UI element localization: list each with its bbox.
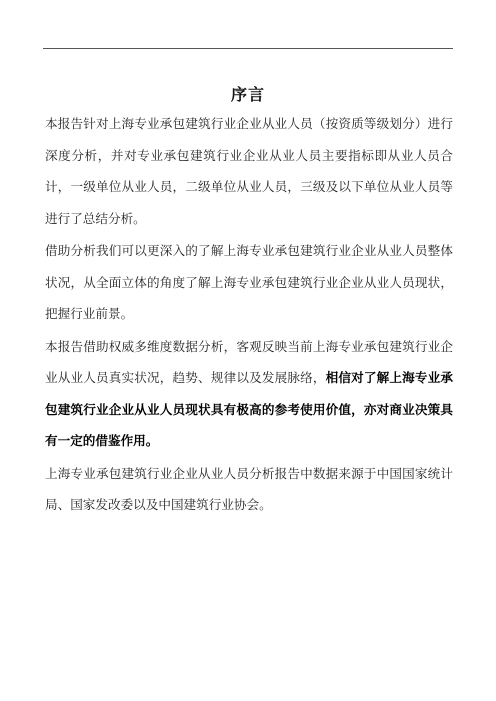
page-title: 序言 [0,82,496,105]
paragraph-scope: 本报告针对上海专业承包建筑行业企业从业人员（按资质等级划分）进行深度分析，并对专… [45,108,453,234]
preface-body: 本报告针对上海专业承包建筑行业企业从业人员（按资质等级划分）进行深度分析，并对专… [45,108,453,521]
paragraph-text: 本报告针对上海专业承包建筑行业企业从业人员（按资质等级划分）进行深度分析，并对专… [45,116,453,226]
paragraph-text: 借助分析我们可以更深入的了解上海专业承包建筑行业企业从业人员整体状况，从全面立体… [45,243,453,321]
paragraph-text: 上海专业承包建筑行业企业从业人员分析报告中数据来源于中国国家统计局、国家发改委以… [45,466,453,513]
paragraph-value: 本报告借助权威多维度数据分析，客观反映当前上海专业承包建筑行业企业从业人员真实状… [45,331,453,457]
paragraph-benefit: 借助分析我们可以更深入的了解上海专业承包建筑行业企业从业人员整体状况，从全面立体… [45,235,453,330]
paragraph-data-source: 上海专业承包建筑行业企业从业人员分析报告中数据来源于中国国家统计局、国家发改委以… [45,458,453,521]
header-divider [43,48,453,49]
